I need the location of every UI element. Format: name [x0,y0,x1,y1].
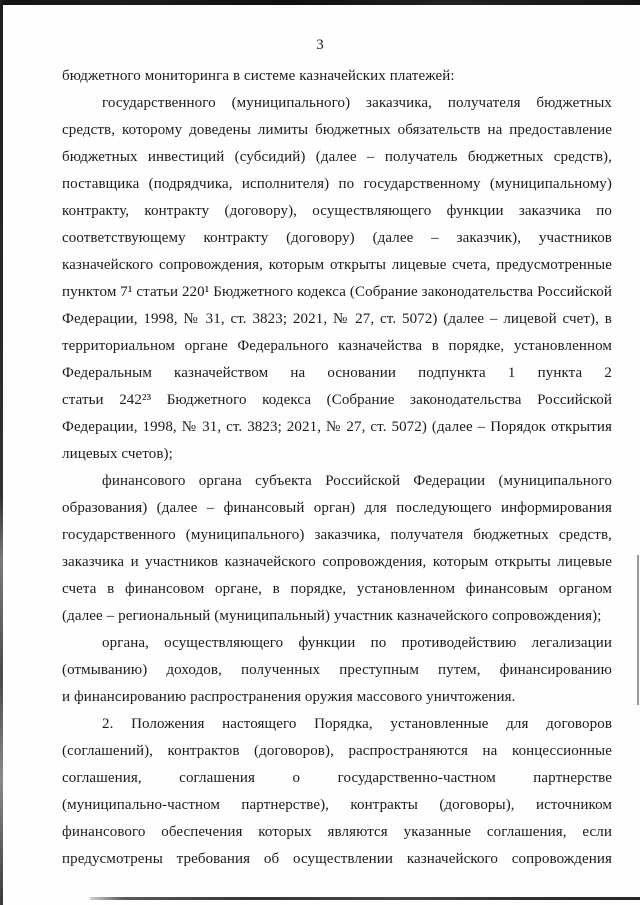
scan-artifact-top-edge [0,0,640,5]
text-line: Федерации, 1998, № 31, ст. 3823; 2021, №… [62,306,612,333]
text-line: лицевых счетов); [62,441,612,468]
text-line: контракту, контракту (договору), осущест… [62,198,612,225]
text-line: органа, осуществляющего функции по проти… [62,630,612,657]
text-line: финансового органа субъекта Российской Ф… [62,468,612,495]
text-line: Федерации, 1998, № 31, ст. 3823; 2021, №… [62,414,612,441]
text-line: соответствующему контракту (договору) (д… [62,225,612,252]
paragraph: государственного (муниципального) заказч… [62,90,612,468]
text-line: заказчика и участников казначейского соп… [62,549,612,576]
text-line: пунктом 7¹ статьи 220¹ Бюджетного кодекс… [62,279,612,306]
paragraph: 2. Положения настоящего Порядка, установ… [62,711,612,873]
text-line: Федеральным казначейством на основании п… [62,360,612,387]
text-line: 2. Положения настоящего Порядка, установ… [62,711,612,738]
text-line: (далее – региональный (муниципальный) уч… [62,603,612,630]
text-line: счета в финансовом органе, в порядке, ус… [62,576,612,603]
text-line: и финансированию распространения оружия … [62,684,612,711]
text-line: (отмыванию) доходов, полученных преступн… [62,657,612,684]
document-body: бюджетного мониторинга в системе казначе… [0,63,640,873]
scan-artifact-bottom-edge [90,897,640,900]
document-page: 3 бюджетного мониторинга в системе казна… [0,0,640,905]
text-line: средств, которому доведены лимиты бюджет… [62,117,612,144]
text-line: государственного (муниципального) заказч… [62,90,612,117]
page-number: 3 [0,35,640,55]
paragraph: бюджетного мониторинга в системе казначе… [62,63,612,90]
text-line: финансового обеспечения которых являются… [62,819,612,846]
text-line: образования) (далее – финансовый орган) … [62,495,612,522]
text-line: территориальном органе Федерального казн… [62,333,612,360]
paragraph: органа, осуществляющего функции по проти… [62,630,612,711]
text-line: бюджетного мониторинга в системе казначе… [62,63,612,90]
text-line: (муниципально-частном партнерстве), конт… [62,792,612,819]
text-line: казначейского сопровождения, которым отк… [62,252,612,279]
text-line: поставщика (подрядчика, исполнителя) по … [62,171,612,198]
text-line: (соглашений), контрактов (договоров), ра… [62,738,612,765]
text-line: государственного (муниципального) заказч… [62,522,612,549]
text-line: бюджетных инвестиций (субсидий) (далее –… [62,144,612,171]
paragraph: финансового органа субъекта Российской Ф… [62,468,612,630]
text-line: статьи 242²³ Бюджетного кодекса (Собрани… [62,387,612,414]
text-line: соглашения, соглашения о государственно-… [62,765,612,792]
text-line: предусмотрены требования об осуществлени… [62,846,612,873]
